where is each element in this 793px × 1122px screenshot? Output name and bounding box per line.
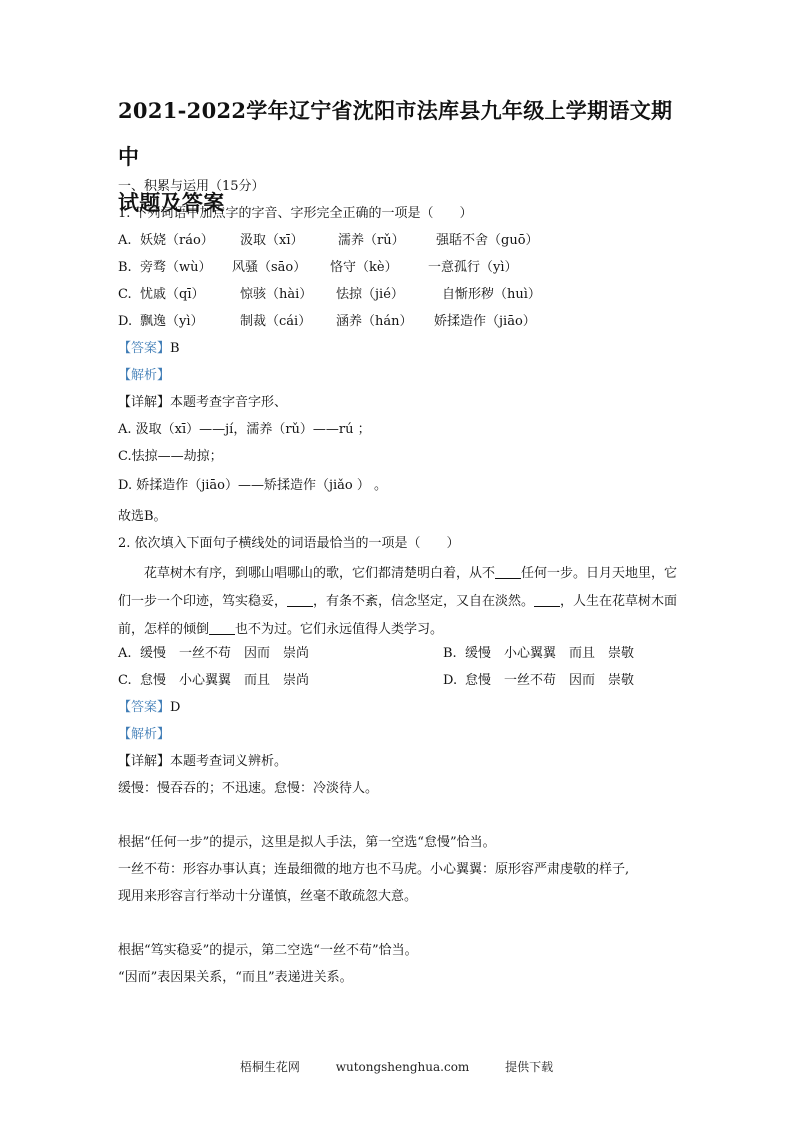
- q2-option-c: C. 怠慢 小心翼翼 而且 崇尚: [118, 672, 132, 690]
- page-footer: 梧桐生花网 wutongshenghua.com 提供下载: [0, 1058, 793, 1075]
- q2-option-d: D. 怠慢 一丝不苟 因而 崇敬: [443, 672, 457, 690]
- blank-3: [534, 593, 560, 607]
- q1-explanation-a: A. 汲取（xī）——jí，濡养（rǔ）——rú ；: [118, 421, 371, 439]
- document-page: 2021-2022学年辽宁省沈阳市法库县九年级上学期语文期中 试题及答案 一、积…: [0, 0, 793, 1122]
- blank-4: [209, 621, 235, 635]
- footer-site-name: 梧桐生花网: [240, 1060, 300, 1074]
- q1-explanation-d: D. 娇揉造作（jiāo）——矫揉造作（jiǎo ） 。: [118, 477, 387, 495]
- q1-option-c: C. 忧戚（qī） 惊骇（hài） 怯掠（jié） 自惭形秽（huì）: [118, 286, 132, 304]
- q2-explanation-5: 根据“笃实稳妥”的提示，第二空选“一丝不苟”恰当。: [118, 942, 418, 960]
- q1-option-b: B. 旁骛（wù） 风骚（sāo） 恪守（kè） 一意孤行（yì）: [118, 259, 132, 277]
- q1-answer: 【答案】B: [118, 340, 180, 358]
- q2-explanation-3: 一丝不苟：形容办事认真；连最细微的地方也不马虎。小心翼翼：原形容严肃虔敬的样子,: [118, 861, 629, 879]
- q1-explanation-c: C.怯掠——劫掠；: [118, 448, 223, 466]
- section-heading: 一、积累与运用（15分）: [118, 178, 265, 196]
- q1-conclusion: 故选B。: [118, 508, 167, 526]
- title-line-1: 2021-2022学年辽宁省沈阳市法库县九年级上学期语文期中: [118, 88, 688, 180]
- q1-stem: 1. 下列词语中加点字的字音、字形完全正确的一项是（ ）: [118, 205, 473, 223]
- blank-2: [287, 593, 313, 607]
- q2-stem: 2. 依次填入下面句子横线处的词语最恰当的一项是（ ）: [118, 535, 460, 553]
- answer-value: D: [170, 700, 180, 715]
- answer-tag: 【答案】: [118, 341, 170, 356]
- q2-option-a: A. 缓慢 一丝不苟 因而 崇尚: [118, 645, 132, 663]
- answer-tag: 【答案】: [118, 700, 170, 715]
- q2-option-b: B. 缓慢 小心翼翼 而且 崇敬: [443, 645, 457, 663]
- detail-tag: 【详解】: [118, 395, 170, 410]
- q1-option-a: A. 妖娆（ráo） 汲取（xī） 濡养（rǔ） 强聒不舍（guō）: [118, 232, 132, 250]
- q2-explanation-1: 缓慢：慢吞吞的；不迅速。怠慢：冷淡待人。: [118, 780, 378, 798]
- blank-1: [495, 565, 521, 579]
- q1-detail: 【详解】本题考查字音字形、: [118, 394, 287, 412]
- footer-note: 提供下载: [505, 1060, 553, 1074]
- q2-explanation-6: “因而”表因果关系，“而且”表递进关系。: [118, 969, 353, 987]
- q1-analysis-tag: 【解析】: [118, 367, 170, 385]
- q2-explanation-4: 现用来形容言行举动十分谨慎，丝毫不敢疏忽大意。: [118, 888, 417, 906]
- detail-tag: 【详解】: [118, 754, 170, 769]
- footer-url[interactable]: wutongshenghua.com: [336, 1060, 470, 1074]
- answer-value: B: [170, 341, 180, 356]
- q2-analysis-tag: 【解析】: [118, 726, 170, 744]
- q2-answer: 【答案】D: [118, 699, 180, 717]
- q2-detail: 【详解】本题考查词义辨析。: [118, 753, 287, 771]
- q2-explanation-2: 根据“任何一步”的提示，这里是拟人手法，第一空选“怠慢”恰当。: [118, 834, 496, 852]
- q1-option-d: D. 飘逸（yì） 制裁（cái） 涵养（hán） 娇揉造作（jiāo）: [118, 313, 132, 331]
- q2-passage: 花草树木有序，到哪山唱哪山的歌，它们都清楚明白着，从不任何一步。日月天地里，它们…: [118, 560, 678, 644]
